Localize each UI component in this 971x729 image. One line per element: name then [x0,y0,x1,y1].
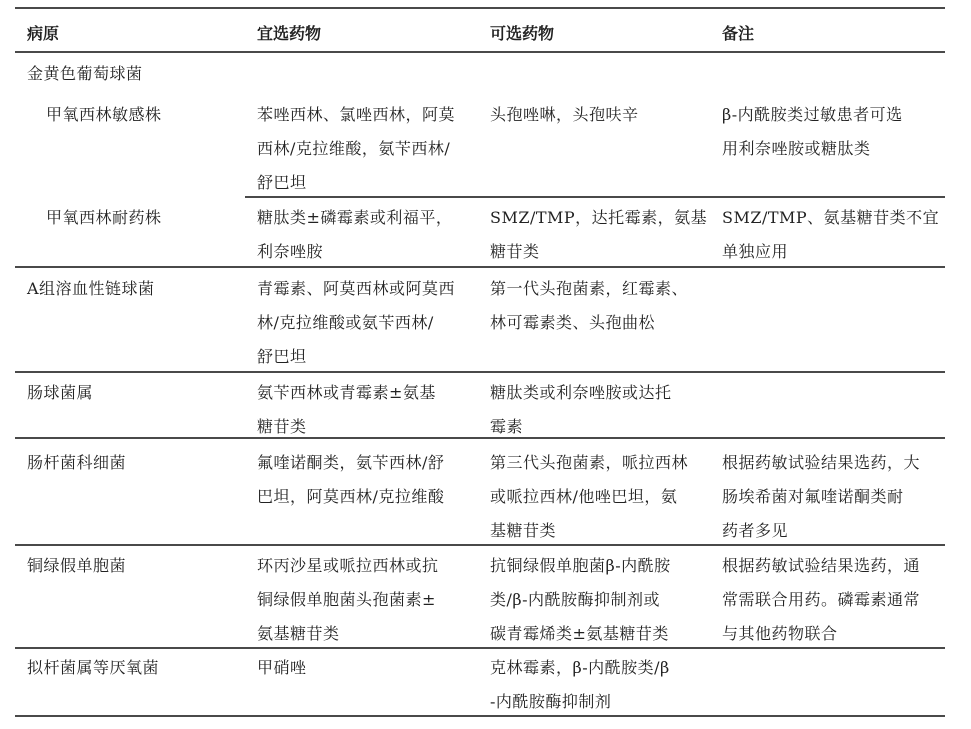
cell-pathogen: 金黄色葡萄球菌 [27,57,143,91]
header-bottom-rule [15,51,945,53]
cell-alternative: 第一代头孢菌素，红霉素、 林可霉素类、头孢曲松 [490,272,715,340]
cell-alternative: 抗铜绿假单胞菌β-内酰胺 类/β-内酰胺酶抑制剂或 碳青霉烯类±氨基糖苷类 [490,549,715,651]
header-notes: 备注 [722,17,754,51]
cell-pathogen: A组溶血性链球菌 [27,272,155,306]
cell-alternative: 糖肽类或利奈唑胺或达托 霉素 [490,376,715,444]
cell-pathogen: 甲氧西林敏感株 [46,98,162,132]
cell-note: 根据药敏试验结果选药，通 常需联合用药。磷霉素通常 与其他药物联合 [722,549,947,651]
cell-note: SMZ/TMP、氨基糖苷类不宜 单独应用 [722,201,947,269]
cell-alternative: 第三代头孢菌素，哌拉西林 或哌拉西林/他唑巴坦，氨 基糖苷类 [490,446,715,548]
cell-preferred: 氟喹诺酮类，氨苄西林/舒 巴坦，阿莫西林/克拉维酸 [257,446,482,514]
cell-alternative: SMZ/TMP，达托霉素，氨基 糖苷类 [490,201,715,269]
cell-preferred: 糖肽类±磷霉素或利福平， 利奈唑胺 [257,201,482,269]
cell-alternative: 克林霉素，β-内酰胺类/β -内酰胺酶抑制剂 [490,651,715,719]
header-pathogen: 病原 [27,17,59,51]
cell-alternative: 头孢唑啉，头孢呋辛 [490,98,715,132]
cell-preferred: 环丙沙星或哌拉西林或抗 铜绿假单胞菌头孢菌素± 氨基糖苷类 [257,549,482,651]
cell-note: 根据药敏试验结果选药，大 肠埃希菌对氟喹诺酮类耐 药者多见 [722,446,947,548]
cell-pathogen: 肠球菌属 [27,376,93,410]
cell-preferred: 甲硝唑 [257,651,482,685]
table-bottom-rule [15,715,945,717]
cell-pathogen: 铜绿假单胞菌 [27,549,126,583]
cell-pathogen: 肠杆菌科细菌 [27,446,126,480]
cell-preferred: 氨苄西林或青霉素±氨基 糖苷类 [257,376,482,444]
table-top-rule [15,7,945,9]
header-preferred-drugs: 宜选药物 [257,17,321,51]
cell-pathogen: 拟杆菌属等厌氧菌 [27,651,159,685]
cell-preferred: 苯唑西林、氯唑西林，阿莫 西林/克拉维酸，氨苄西林/ 舒巴坦 [257,98,482,200]
header-alternative-drugs: 可选药物 [490,17,554,51]
cell-note: β-内酰胺类过敏患者可选 用利奈唑胺或糖肽类 [722,98,947,166]
cell-pathogen: 甲氧西林耐药株 [46,201,162,235]
cell-preferred: 青霉素、阿莫西林或阿莫西 林/克拉维酸或氨苄西林/ 舒巴坦 [257,272,482,374]
